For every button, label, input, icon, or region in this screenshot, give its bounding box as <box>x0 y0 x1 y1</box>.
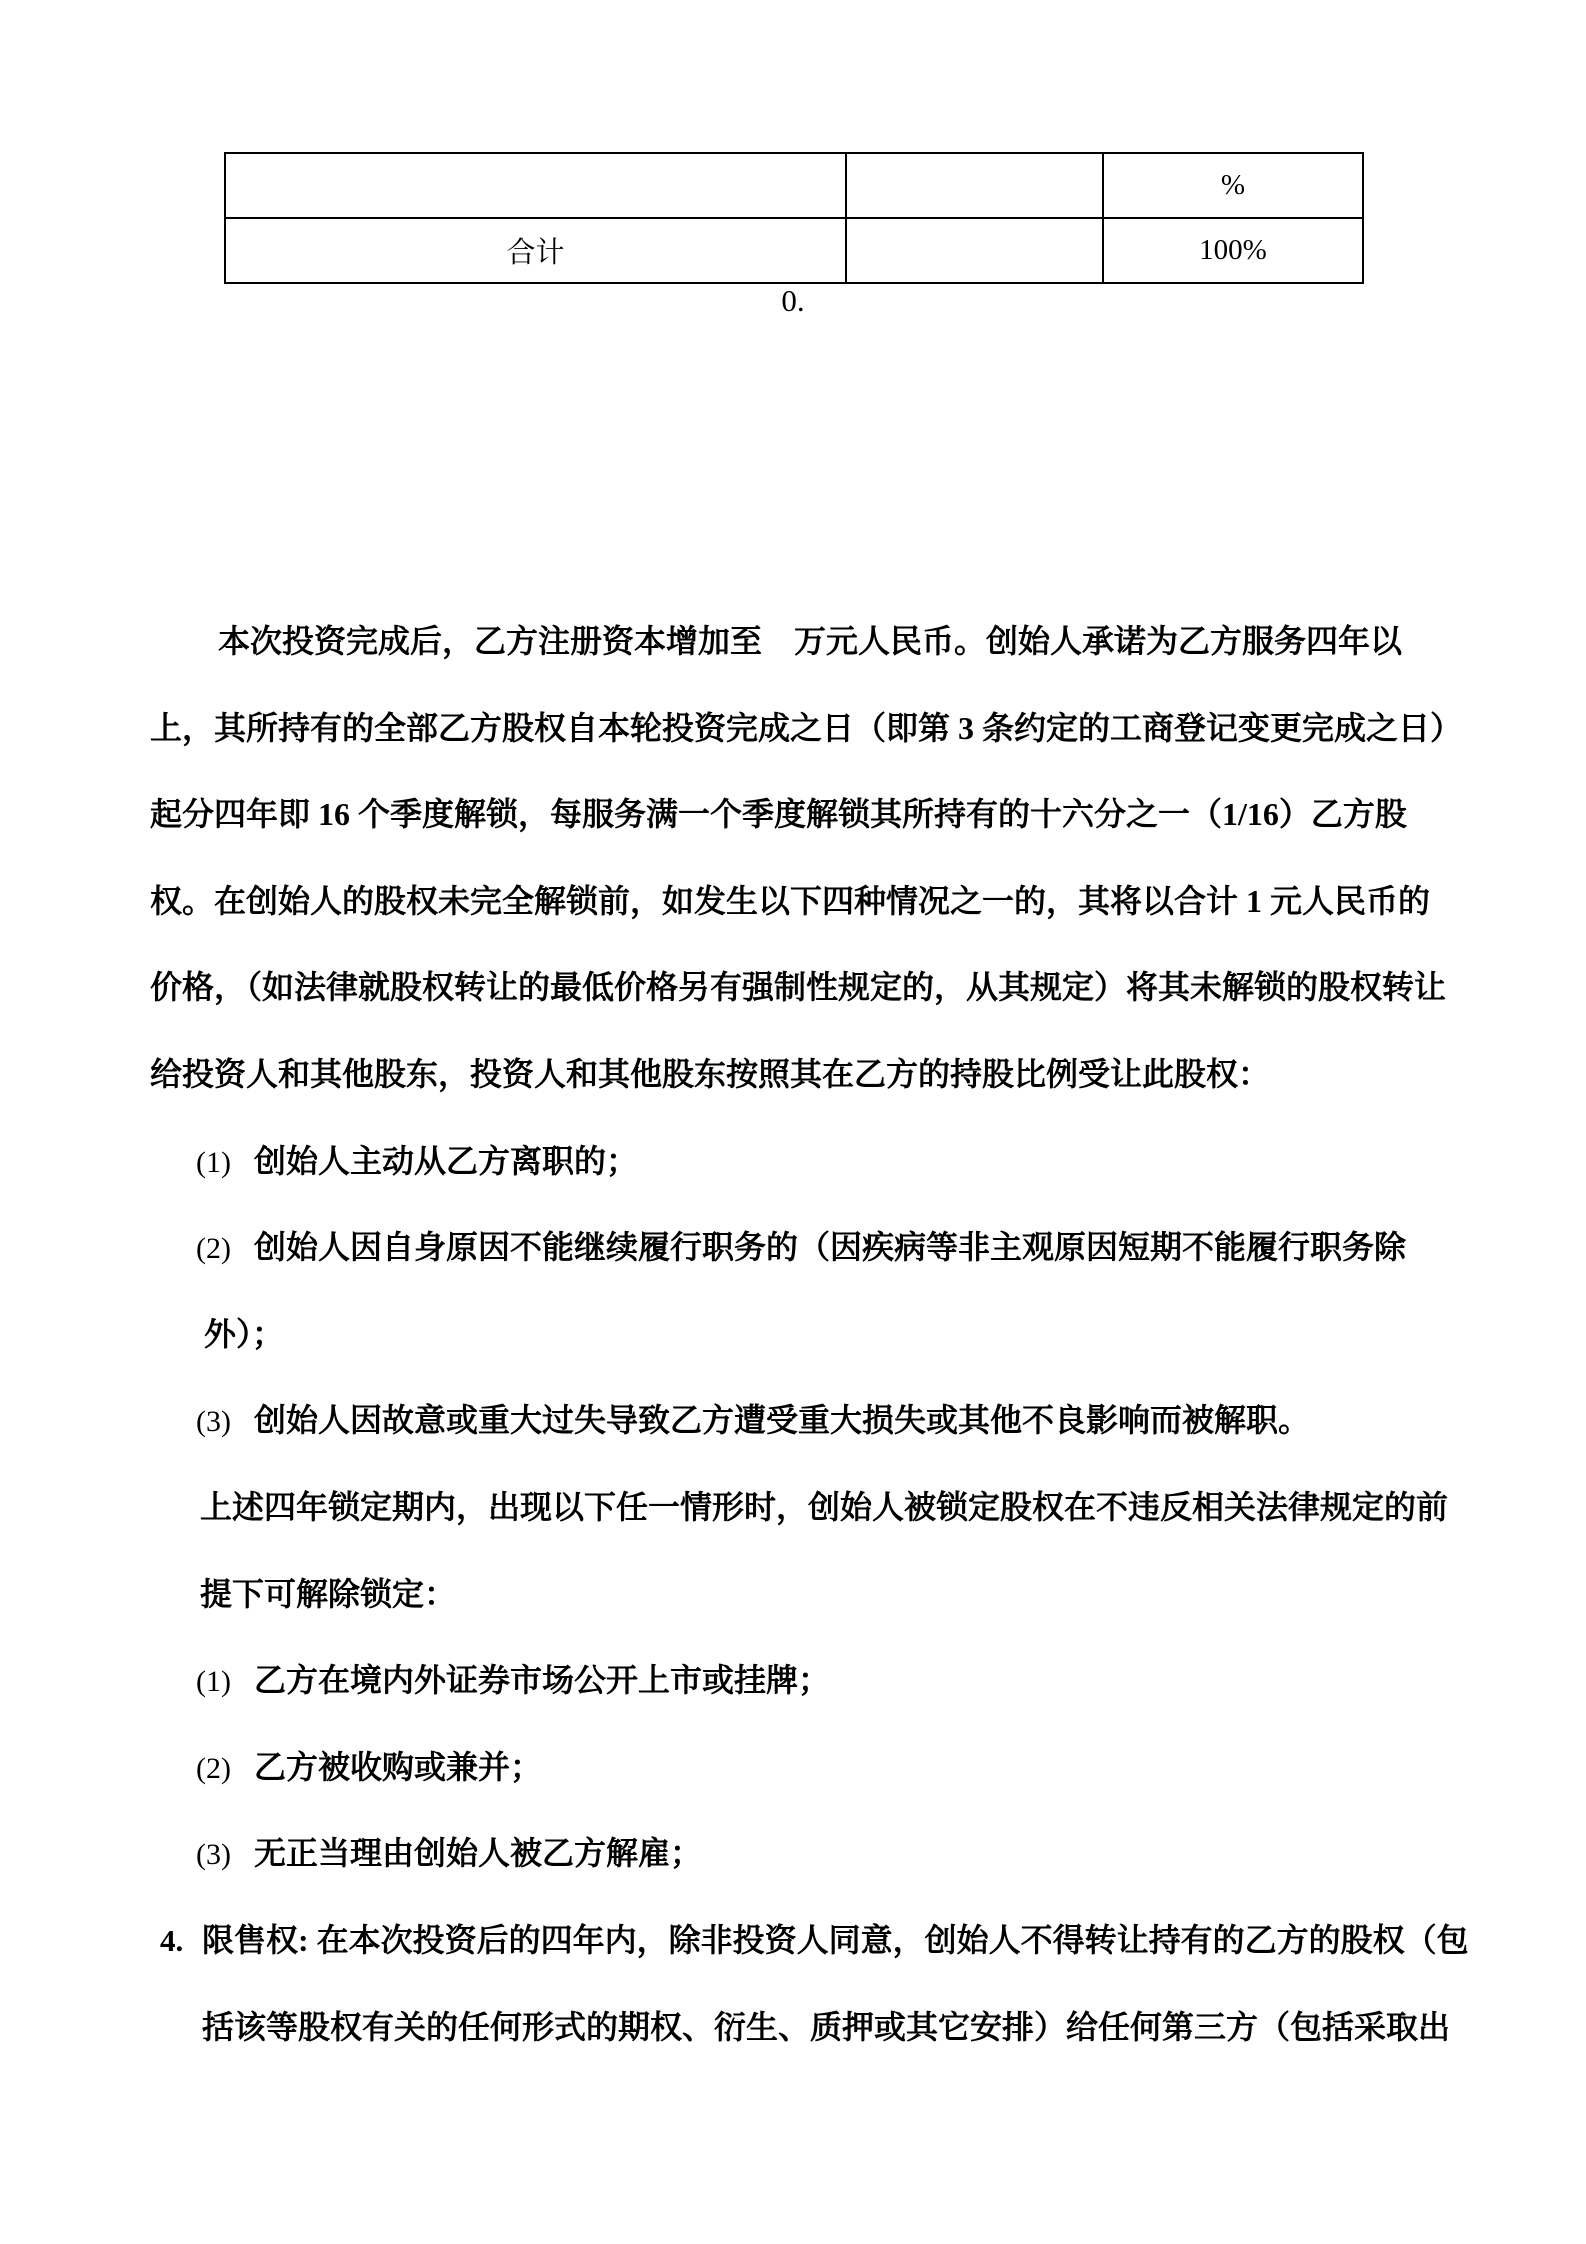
list-item: (3)无正当理由创始人被乙方解雇； <box>0 1828 1586 1915</box>
total-percent-cell: 100% <box>1103 218 1363 283</box>
clause-text: 限售权: 在本次投资后的四年内，除非投资人同意，创始人不得转让持有的乙方的股权（… <box>202 1922 1469 1958</box>
list-item-text: 创始人因故意或重大过失导致乙方遭受重大损失或其他不良影响而被解职。 <box>254 1402 1310 1438</box>
paragraph-line: 本次投资完成后，乙方注册资本增加至 万元人民币。创始人承诺为乙方服务四年以 <box>0 616 1586 703</box>
percent-header-cell: % <box>1103 153 1363 218</box>
list-item-marker: (2) <box>196 1752 254 1786</box>
table-row: % <box>225 153 1363 218</box>
paragraph-line: 价格，（如法律就股权转让的最低价格另有强制性规定的，从其规定）将其未解锁的股权转… <box>0 962 1586 1049</box>
body-text: 本次投资完成后，乙方注册资本增加至 万元人民币。创始人承诺为乙方服务四年以 上，… <box>0 616 1586 2088</box>
list-item-marker: (3) <box>196 1838 254 1872</box>
list-item-marker: (2) <box>196 1232 254 1266</box>
list-item: (1)乙方在境内外证券市场公开上市或挂牌； <box>0 1655 1586 1742</box>
list-item-text: 创始人主动从乙方离职的； <box>254 1143 638 1179</box>
list-item: (1)创始人主动从乙方离职的； <box>0 1136 1586 1223</box>
table-cell-empty <box>846 218 1103 283</box>
list-item-continuation: 外）； <box>0 1309 1586 1396</box>
orphan-number-marker: 0. <box>0 283 1586 319</box>
paragraph-line: 上述四年锁定期内，出现以下任一情形时，创始人被锁定股权在不违反相关法律规定的前 <box>0 1482 1586 1569</box>
table-cell-empty <box>225 153 846 218</box>
list-item: (2)乙方被收购或兼并； <box>0 1742 1586 1829</box>
table-row: 合计 100% <box>225 218 1363 283</box>
list-item-marker: (3) <box>196 1405 254 1439</box>
clause-line-continuation: 括该等股权有关的任何形式的期权、衍生、质押或其它安排）给任何第三方（包括采取出 <box>0 2002 1586 2089</box>
clause-line: 4.限售权: 在本次投资后的四年内，除非投资人同意，创始人不得转让持有的乙方的股… <box>0 1915 1586 2002</box>
shareholding-table: % 合计 100% <box>224 152 1364 284</box>
list-item-marker: (1) <box>196 1146 254 1180</box>
paragraph-line: 提下可解除锁定： <box>0 1569 1586 1656</box>
document-page: % 合计 100% 0. 本次投资完成后，乙方注册资本增加至 万元人民币。创始人… <box>0 0 1586 2244</box>
paragraph-line: 上，其所持有的全部乙方股权自本轮投资完成之日（即第 3 条约定的工商登记变更完成… <box>0 703 1586 790</box>
paragraph-line: 给投资人和其他股东，投资人和其他股东按照其在乙方的持股比例受让此股权： <box>0 1049 1586 1136</box>
list-item-marker: (1) <box>196 1665 254 1699</box>
list-item: (2)创始人因自身原因不能继续履行职务的（因疾病等非主观原因短期不能履行职务除 <box>0 1222 1586 1309</box>
list-item-text: 乙方被收购或兼并； <box>254 1749 542 1785</box>
table-cell-empty <box>846 153 1103 218</box>
total-label-cell: 合计 <box>225 218 846 283</box>
list-item-text: 乙方在境内外证券市场公开上市或挂牌； <box>254 1662 830 1698</box>
list-item: (3)创始人因故意或重大过失导致乙方遭受重大损失或其他不良影响而被解职。 <box>0 1395 1586 1482</box>
clause-number-marker: 4. <box>160 1923 202 1959</box>
paragraph-line: 起分四年即 16 个季度解锁，每服务满一个季度解锁其所持有的十六分之一（1/16… <box>0 789 1586 876</box>
paragraph-line: 权。在创始人的股权未完全解锁前，如发生以下四种情况之一的，其将以合计 1 元人民… <box>0 876 1586 963</box>
list-item-text: 无正当理由创始人被乙方解雇； <box>254 1835 702 1871</box>
list-item-text: 创始人因自身原因不能继续履行职务的（因疾病等非主观原因短期不能履行职务除 <box>254 1229 1406 1265</box>
